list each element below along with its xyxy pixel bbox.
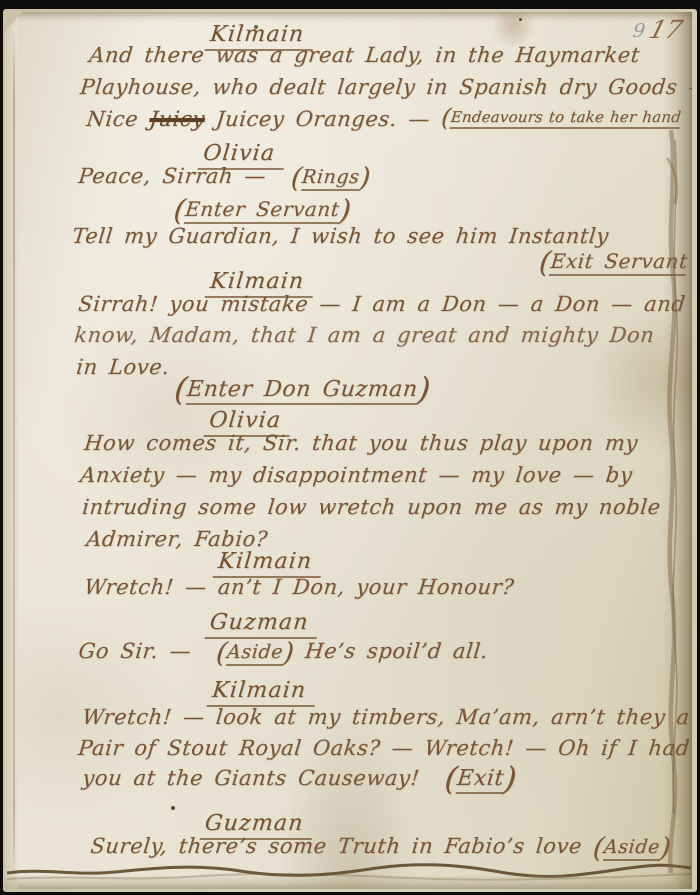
dialogue-text: Surely, there’s some Truth in Fabio’s lo… — [89, 834, 583, 858]
paren-glyph: ) — [502, 759, 518, 797]
stage-direction-label: Rings — [301, 166, 361, 191]
paren-glyph: ) — [281, 637, 295, 669]
manuscript-page: 9 17 Kilmain And there was a great Lady,… — [5, 12, 692, 889]
speaker-name: Kilmain — [207, 678, 318, 707]
speaker-name: Guzman — [204, 610, 320, 639]
stage-direction-label: Enter Servant — [184, 197, 341, 224]
speaker-heading-guzman: Guzman — [5, 610, 520, 635]
speaker-heading-kilmain: Kilmain — [5, 678, 520, 703]
dialogue-line: Go Sir. — (Aside) He’s spoil’d all. — [77, 638, 489, 666]
stage-direction-label: Aside — [603, 836, 662, 861]
dialogue-line: Surely, there’s some Truth in Fabio’s lo… — [89, 833, 672, 861]
dialogue-line: Playhouse, who dealt largely in Spanish … — [79, 74, 692, 100]
dialogue-text: Nice — [85, 107, 139, 131]
stage-direction-exit-servant: (Exit Servant — [538, 248, 689, 275]
dialogue-line: Tell my Guardian, I wish to see him Inst… — [71, 223, 610, 249]
page-number-pencil: 9 — [631, 20, 646, 42]
dialogue-line: you at the Giants Causeway! (Exit) — [81, 765, 518, 792]
paren-glyph: ) — [658, 832, 672, 864]
dialogue-line: Wretch! — look at my timbers, Ma’am, arn… — [81, 704, 691, 730]
page-number-ink: 17 — [646, 15, 686, 44]
ink-speck — [171, 806, 175, 810]
stage-direction-enter-don-guzman: (Enter Don Guzman) — [5, 376, 600, 403]
dialogue-line: know, Madam, that I am a great and might… — [73, 322, 656, 348]
dialogue-line: Nice Juicy Juicey Oranges. — (Endeavours… — [85, 106, 682, 134]
dialogue-text: Peace, Sirrah — — [77, 164, 267, 188]
dialogue-text: He’s spoil’d all. — [304, 639, 489, 663]
ink-speck — [519, 18, 522, 21]
dialogue-line: intruding some low wretch upon me as my … — [81, 494, 662, 520]
stage-direction-label: Exit Servant — [549, 249, 689, 276]
page-beneath-tear — [5, 876, 692, 889]
dialogue-line: Pair of Stout Royal Oaks? — Wretch! — Oh… — [77, 735, 691, 761]
paren-glyph: ) — [416, 370, 432, 408]
stage-direction-label: Aside — [226, 641, 285, 666]
stage-direction-label: Enter Don Guzman — [185, 377, 419, 405]
dialogue-line: Anxiety — my disappointment — my love — … — [79, 462, 634, 488]
paren-glyph: ) — [338, 193, 353, 227]
dialogue-line: Wretch! — an’t I Don, your Honour? — [83, 574, 516, 600]
stage-direction-endeavours: (Endeavours to take her hand — [441, 108, 682, 126]
dialogue-text: you at the Giants Causeway! — [81, 766, 421, 790]
stage-direction-label: Exit — [456, 766, 506, 794]
dialogue-text: Juicey Oranges. — — [215, 107, 431, 131]
stage-direction-aside: (Aside) — [215, 641, 295, 663]
crossed-out-word: Juicy — [148, 107, 206, 131]
stage-direction-rings: (Rings) — [290, 166, 371, 188]
stage-direction-aside: (Aside) — [592, 836, 672, 858]
dialogue-line: How comes it, Sir. that you thus play up… — [83, 430, 639, 456]
dialogue-line: Peace, Sirrah — (Rings) — [77, 163, 372, 191]
dialogue-line: Sirrah! you mistake — I am a Don — a Don… — [77, 291, 687, 317]
dialogue-text: Go Sir. — — [77, 639, 192, 663]
speaker-heading-kilmain: Kilmain — [5, 549, 532, 574]
dialogue-line: And there was a great Lady, in the Hayma… — [88, 42, 641, 68]
stage-direction-enter-servant: (Enter Servant) — [5, 196, 520, 223]
stage-direction-label: Endeavours to take her hand — [450, 108, 682, 129]
ink-speck — [254, 25, 258, 29]
photograph-frame: 9 17 Kilmain And there was a great Lady,… — [0, 0, 700, 895]
stage-direction-exit: (Exit) — [444, 766, 518, 791]
paren-glyph: ) — [358, 162, 372, 194]
